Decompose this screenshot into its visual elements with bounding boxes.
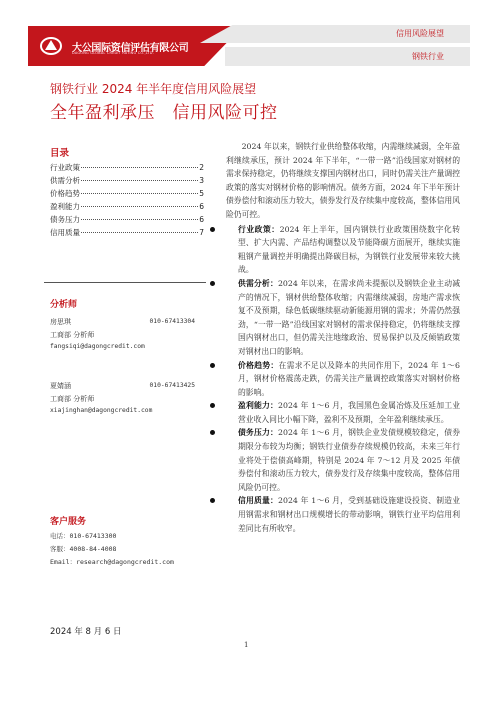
analyst-card: 夏婧涵010-67413425 工商部 分析师 xiajinghan@dagon…	[50, 380, 195, 418]
toc-item[interactable]: 盈利能力6	[50, 201, 204, 214]
key-points-list: 行业政策：2024 年上半年，国内钢铁行业政策围绕数字化转型、扩大内需、产品结构…	[226, 223, 460, 536]
toc-item-page: 6	[199, 202, 204, 211]
toc-item[interactable]: 价格趋势5	[50, 188, 204, 201]
page-number: 1	[244, 641, 248, 649]
bullet-icon	[210, 498, 215, 503]
toc-item-page: 3	[199, 176, 204, 185]
service-contact: 电话：010-67413300 客服：4008-84-4008 Email：re…	[50, 530, 174, 569]
bullet-icon	[210, 430, 215, 435]
key-point-title: 债务压力：	[238, 428, 278, 437]
toc-item-page: 6	[199, 215, 204, 224]
service-phone: 电话：010-67413300	[50, 530, 174, 543]
toc-leader	[81, 193, 198, 194]
analyst-name: 夏婧涵	[50, 380, 71, 393]
toc-item-page: 5	[199, 189, 204, 198]
toc-leader	[81, 219, 198, 220]
service-email[interactable]: Email：research@dagongcredit.com	[50, 556, 174, 569]
toc-item-label: 盈利能力	[50, 201, 80, 212]
key-point-text: 2024 年以来，在需求尚未提振以及钢铁企业主动减产的情况下，钢材供给整体收缩；…	[238, 279, 460, 356]
analyst-dept: 工商部 分析师	[50, 329, 195, 342]
key-point: 供需分析：2024 年以来，在需求尚未提振以及钢铁企业主动减产的情况下，钢材供给…	[226, 277, 460, 359]
bullet-icon	[210, 281, 215, 286]
category-label: 信用风险展望	[396, 28, 444, 39]
toc-heading: 目录	[50, 145, 69, 159]
report-date: 2024 年 8 月 6 日	[50, 625, 121, 637]
table-of-contents: 行业政策2 供需分析3 价格趋势5 盈利能力6 债务压力6 信用质量7	[50, 162, 204, 240]
bullet-icon	[210, 363, 215, 368]
key-point-title: 价格趋势：	[238, 361, 279, 370]
analysts-heading: 分析师	[50, 297, 77, 310]
analyst-email[interactable]: xiajinghan@dagongcredit.com	[50, 405, 195, 418]
toc-item-label: 债务压力	[50, 214, 80, 225]
toc-leader	[81, 180, 198, 181]
toc-item-label: 价格趋势	[50, 188, 80, 199]
toc-leader	[81, 167, 198, 168]
analyst-phone: 010-67413425	[150, 380, 196, 393]
toc-leader	[81, 232, 198, 233]
service-heading: 客户服务	[50, 514, 86, 527]
toc-item-label: 信用质量	[50, 227, 80, 238]
toc-item-label: 行业政策	[50, 162, 80, 173]
summary-body: 2024 年以来，钢铁行业供给整体收缩，内需继续减弱，全年盈利继续承压，预计 2…	[226, 140, 460, 535]
industry-label: 钢铁行业	[412, 51, 444, 62]
toc-item-label: 供需分析	[50, 175, 80, 186]
company-name-en: DAGONG GLOBAL CREDIT RATING CO.,LTD.	[72, 51, 154, 55]
key-point-title: 行业政策：	[238, 225, 280, 234]
toc-item[interactable]: 债务压力6	[50, 214, 204, 227]
bullet-icon	[210, 227, 215, 232]
key-point-title: 供需分析：	[238, 279, 278, 288]
key-point-title: 信用质量：	[238, 496, 278, 505]
bullet-icon	[210, 403, 215, 408]
report-title: 全年盈利承压 信用风险可控	[50, 98, 278, 123]
key-point: 价格趋势：在需求不足以及降本的共同作用下，2024 年 1～6 月，钢材价格震荡…	[226, 359, 460, 400]
summary-intro: 2024 年以来，钢铁行业供给整体收缩，内需继续减弱，全年盈利继续承压，预计 2…	[226, 140, 460, 222]
key-point-text: 2024 年 1～6 月，钢铁企业发债规模较稳定，债券期限分布较为均衡；钢铁行业…	[238, 428, 460, 491]
analyst-phone: 010-67413304	[150, 316, 196, 329]
toc-leader	[81, 206, 198, 207]
key-point: 行业政策：2024 年上半年，国内钢铁行业政策围绕数字化转型、扩大内需、产品结构…	[226, 223, 460, 277]
service-hotline: 客服：4008-84-4008	[50, 543, 174, 556]
key-point-title: 盈利能力：	[238, 401, 278, 410]
toc-item[interactable]: 行业政策2	[50, 162, 204, 175]
toc-item[interactable]: 信用质量7	[50, 227, 204, 240]
analyst-card: 房思琪010-67413304 工商部 分析师 fangsiqi@dagongc…	[50, 316, 195, 354]
analyst-email[interactable]: fangsiqi@dagongcredit.com	[50, 341, 195, 354]
toc-item[interactable]: 供需分析3	[50, 175, 204, 188]
logo-triangle-icon	[45, 40, 57, 50]
report-subtitle: 钢铁行业 2024 年半年度信用风险展望	[50, 80, 256, 97]
key-point: 信用质量：2024 年 1～6 月，受到基础设施建设投资、制造业用钢需求和钢材出…	[226, 494, 460, 535]
analyst-dept: 工商部 分析师	[50, 393, 195, 406]
key-point: 债务压力：2024 年 1～6 月，钢铁企业发债规模较稳定，债券期限分布较为均衡…	[226, 426, 460, 494]
section-divider	[44, 282, 206, 283]
toc-item-page: 7	[199, 228, 204, 237]
analyst-name: 房思琪	[50, 316, 71, 329]
toc-item-page: 2	[199, 163, 204, 172]
key-point: 盈利能力：2024 年 1～6 月，我国黑色金属冶炼及压延加工业营业收入同比小幅…	[226, 399, 460, 426]
